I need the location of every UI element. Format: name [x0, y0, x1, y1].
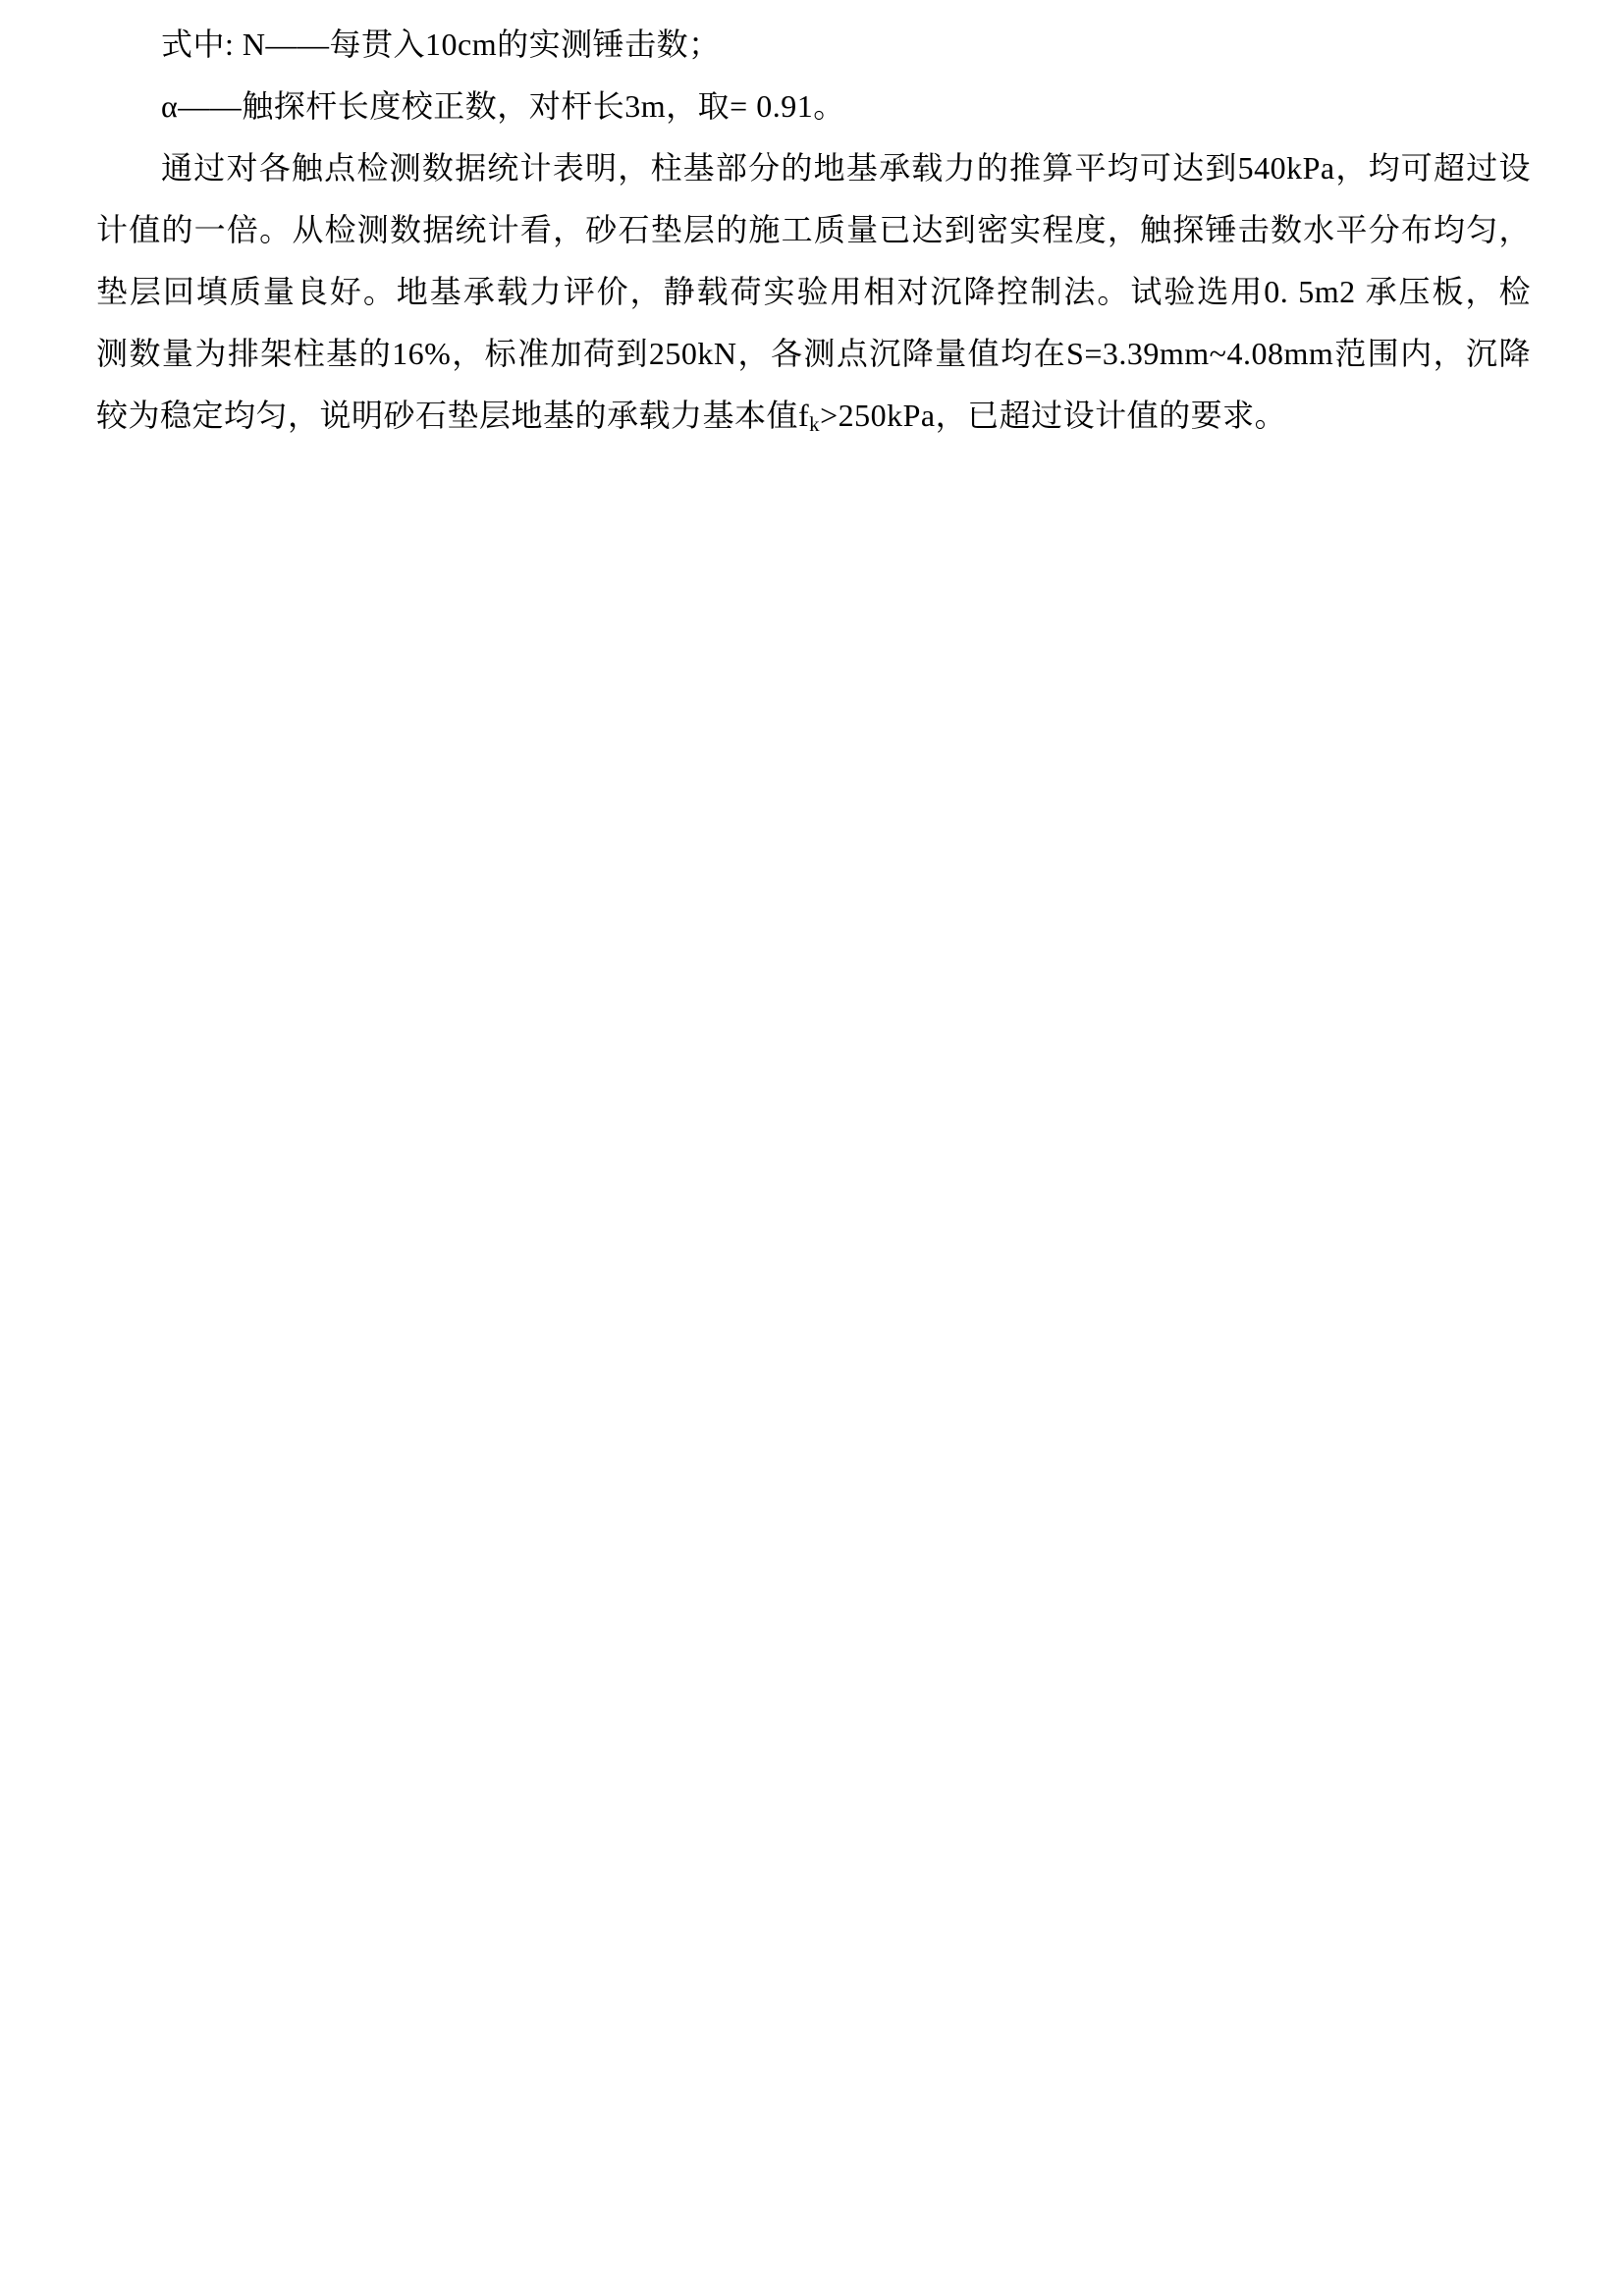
- body-paragraph-line-4: 测数量为排架柱基的16%，标准加荷到250kN，各测点沉降量值均在S=3.39m…: [96, 323, 1531, 385]
- text-block: 式中: N——每贯入10cm的实测锤击数； α——触探杆长度校正数，对杆长3m，…: [96, 14, 1531, 447]
- document-page: 式中: N——每贯入10cm的实测锤击数； α——触探杆长度校正数，对杆长3m，…: [0, 0, 1624, 2296]
- body-text-before-subscript: 较为稳定均匀，说明砂石垫层地基的承载力基本值f: [96, 398, 809, 433]
- body-paragraph-line-2: 计值的一倍。从检测数据统计看，砂石垫层的施工质量已达到密实程度，触探锤击数水平分…: [96, 199, 1531, 261]
- subscript-k: k: [809, 413, 820, 436]
- body-text-after-subscript: >250kPa，已超过设计值的要求。: [820, 398, 1286, 433]
- formula-definition-alpha: α——触探杆长度校正数，对杆长3m，取= 0.91。: [96, 76, 1531, 137]
- formula-definition-n: 式中: N——每贯入10cm的实测锤击数；: [96, 14, 1531, 76]
- body-paragraph-last-line: 较为稳定均匀，说明砂石垫层地基的承载力基本值fk>250kPa，已超过设计值的要…: [96, 385, 1531, 447]
- body-paragraph-line-1: 通过对各触点检测数据统计表明，柱基部分的地基承载力的推算平均可达到540kPa，…: [96, 137, 1531, 199]
- body-paragraph-line-3: 垫层回填质量良好。地基承载力评价，静载荷实验用相对沉降控制法。试验选用0. 5m…: [96, 261, 1531, 323]
